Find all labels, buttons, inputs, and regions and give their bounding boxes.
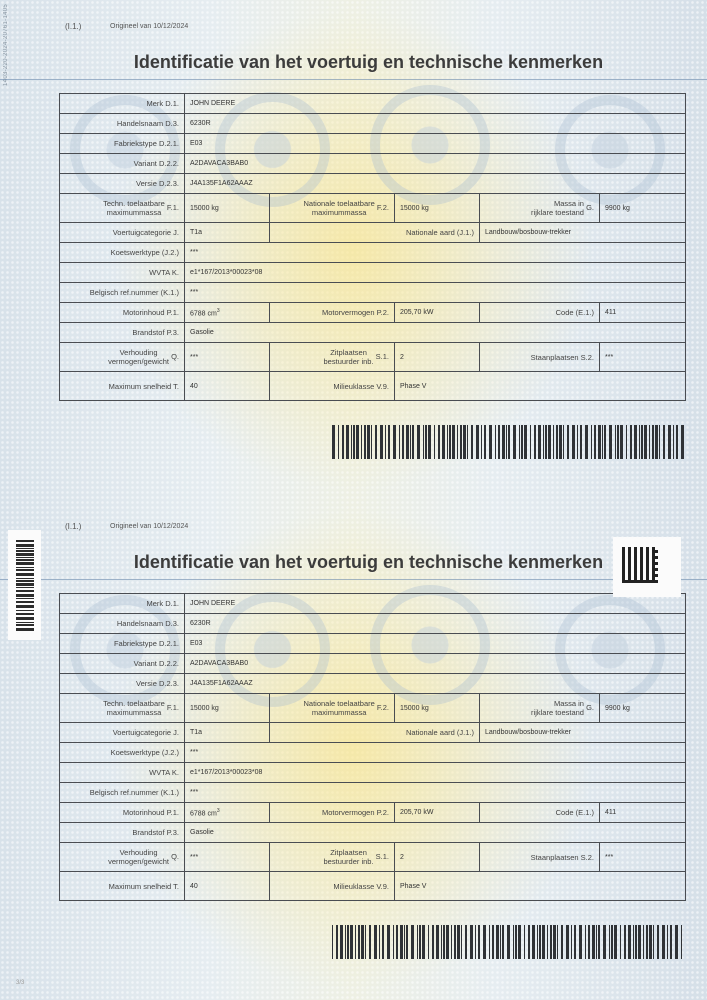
label-koetswerk: Koetswerktype (J.2.) [60, 743, 185, 763]
row-brandstof: Brandstof P.3. Gasolie [60, 323, 686, 343]
label-brandstof: Brandstof P.3. [60, 323, 185, 343]
value-verhouding: *** [185, 343, 270, 372]
label-staanplaatsen: Staanplaatsen S.2. [480, 843, 600, 872]
row-motor: Motorinhoud P.1. 6788 cm3 Motorvermogen … [60, 303, 686, 323]
value-categorie: T1a [185, 223, 270, 243]
value-fabriekstype: E03 [185, 134, 686, 154]
label-snelheid: Maximum snelheid T. [60, 372, 185, 401]
label-nat-massa: Nationale toelaatbaremaximummassa F.2. [270, 194, 395, 223]
value-fabriekstype: E03 [185, 634, 686, 654]
value-brandstof: Gasolie [185, 323, 686, 343]
label-zitplaatsen: Zitplaatsenbestuurder inb. S.1. [270, 843, 395, 872]
value-snelheid: 40 [185, 872, 270, 901]
value-staanplaatsen: *** [600, 843, 686, 872]
barcode [332, 925, 686, 959]
value-variant: A2DAVACA3BAB0 [185, 154, 686, 174]
value-verhouding: *** [185, 843, 270, 872]
value-code-e1: 411 [600, 303, 686, 323]
value-variant: A2DAVACA3BAB0 [185, 654, 686, 674]
value-nat-massa: 15000 kg [395, 194, 480, 223]
vehicle-spec-table: Merk D.1. JOHN DEERE Handelsnaam D.3. 62… [59, 593, 686, 901]
label-koetswerk: Koetswerktype (J.2.) [60, 243, 185, 263]
datamatrix-code [613, 537, 681, 597]
row-verhouding: Verhoudingvermogen/gewicht Q. *** Zitpla… [60, 843, 686, 872]
label-code-e1: Code (E.1.) [480, 303, 600, 323]
document-title: Identificatie van het voertuig en techni… [0, 552, 707, 573]
label-merk: Merk D.1. [60, 594, 185, 614]
value-motorvermogen: 205,70 kW [395, 803, 480, 823]
registration-panel-1: (I.1.) Origineel van 10/12/2024 Identifi… [0, 0, 707, 500]
row-snelheid: Maximum snelheid T. 40 Milieuklasse V.9.… [60, 372, 686, 401]
label-motorinhoud: Motorinhoud P.1. [60, 303, 185, 323]
row-versie: Versie D.2.3. J4A135F1A62AAAZ [60, 174, 686, 194]
label-nat-aard: Nationale aard (J.1.) [270, 223, 480, 243]
row-koetswerk: Koetswerktype (J.2.) *** [60, 243, 686, 263]
label-snelheid: Maximum snelheid T. [60, 872, 185, 901]
label-fabriekstype: Fabriekstype D.2.1. [60, 134, 185, 154]
row-variant: Variant D.2.2. A2DAVACA3BAB0 [60, 654, 686, 674]
value-code-e1: 411 [600, 803, 686, 823]
document-title: Identificatie van het voertuig en techni… [0, 52, 707, 73]
value-milieuklasse: Phase V [395, 872, 686, 901]
row-fabriekstype: Fabriekstype D.2.1. E03 [60, 634, 686, 654]
side-barcode [8, 530, 41, 640]
label-motorvermogen: Motorvermogen P.2. [270, 803, 395, 823]
value-brandstof: Gasolie [185, 823, 686, 843]
row-massa: Techn. toelaatbaremaximummassa F.1. 1500… [60, 694, 686, 723]
value-categorie: T1a [185, 723, 270, 743]
value-merk: JOHN DEERE [185, 94, 686, 114]
value-nat-aard: Landbouw/bosbouw-trekker [480, 223, 686, 243]
row-categorie: Voertuigcategorie J. T1a Nationale aard … [60, 723, 686, 743]
label-categorie: Voertuigcategorie J. [60, 223, 185, 243]
label-fabriekstype: Fabriekstype D.2.1. [60, 634, 185, 654]
label-brandstof: Brandstof P.3. [60, 823, 185, 843]
value-koetswerk: *** [185, 743, 686, 763]
label-verhouding: Verhoudingvermogen/gewicht Q. [60, 843, 185, 872]
original-date: Origineel van 10/12/2024 [110, 523, 188, 530]
value-massa-rijklaar: 9900 kg [600, 194, 686, 223]
label-wvta: WVTA K. [60, 763, 185, 783]
label-verhouding: Verhoudingvermogen/gewicht Q. [60, 343, 185, 372]
row-koetswerk: Koetswerktype (J.2.) *** [60, 743, 686, 763]
row-handelsnaam: Handelsnaam D.3. 6230R [60, 614, 686, 634]
row-versie: Versie D.2.3. J4A135F1A62AAAZ [60, 674, 686, 694]
value-versie: J4A135F1A62AAAZ [185, 174, 686, 194]
row-handelsnaam: Handelsnaam D.3. 6230R [60, 114, 686, 134]
label-wvta: WVTA K. [60, 263, 185, 283]
row-brandstof: Brandstof P.3. Gasolie [60, 823, 686, 843]
label-zitplaatsen: Zitplaatsenbestuurder inb. S.1. [270, 343, 395, 372]
label-ref-nummer: Belgisch ref.nummer (K.1.) [60, 783, 185, 803]
value-snelheid: 40 [185, 372, 270, 401]
row-ref-nummer: Belgisch ref.nummer (K.1.) *** [60, 283, 686, 303]
label-merk: Merk D.1. [60, 94, 185, 114]
value-techn-massa: 15000 kg [185, 194, 270, 223]
row-massa: Techn. toelaatbaremaximummassa F.1. 1500… [60, 194, 686, 223]
label-versie: Versie D.2.3. [60, 174, 185, 194]
value-techn-massa: 15000 kg [185, 694, 270, 723]
label-massa-rijklaar: Massa inrijklare toestand G. [480, 694, 600, 723]
reference-code: (I.1.) [65, 522, 81, 531]
value-motorinhoud: 6788 cm3 [185, 303, 270, 323]
label-nat-massa: Nationale toelaatbaremaximummassa F.2. [270, 694, 395, 723]
row-wvta: WVTA K. e1*167/2013*00023*08 [60, 763, 686, 783]
value-staanplaatsen: *** [600, 343, 686, 372]
row-merk: Merk D.1. JOHN DEERE [60, 94, 686, 114]
label-techn-massa: Techn. toelaatbaremaximummassa F.1. [60, 194, 185, 223]
value-massa-rijklaar: 9900 kg [600, 694, 686, 723]
row-fabriekstype: Fabriekstype D.2.1. E03 [60, 134, 686, 154]
value-zitplaatsen: 2 [395, 343, 480, 372]
value-ref-nummer: *** [185, 783, 686, 803]
label-versie: Versie D.2.3. [60, 674, 185, 694]
value-motorinhoud: 6788 cm3 [185, 803, 270, 823]
label-techn-massa: Techn. toelaatbaremaximummassa F.1. [60, 694, 185, 723]
label-categorie: Voertuigcategorie J. [60, 723, 185, 743]
label-nat-aard: Nationale aard (J.1.) [270, 723, 480, 743]
row-variant: Variant D.2.2. A2DAVACA3BAB0 [60, 154, 686, 174]
value-handelsnaam: 6230R [185, 114, 686, 134]
label-handelsnaam: Handelsnaam D.3. [60, 614, 185, 634]
label-motorinhoud: Motorinhoud P.1. [60, 803, 185, 823]
barcode [332, 425, 686, 459]
value-wvta: e1*167/2013*00023*08 [185, 763, 686, 783]
value-koetswerk: *** [185, 243, 686, 263]
value-wvta: e1*167/2013*00023*08 [185, 263, 686, 283]
value-ref-nummer: *** [185, 283, 686, 303]
row-wvta: WVTA K. e1*167/2013*00023*08 [60, 263, 686, 283]
label-milieuklasse: Milieuklasse V.9. [270, 872, 395, 901]
label-milieuklasse: Milieuklasse V.9. [270, 372, 395, 401]
value-handelsnaam: 6230R [185, 614, 686, 634]
label-massa-rijklaar: Massa inrijklare toestand G. [480, 194, 600, 223]
label-ref-nummer: Belgisch ref.nummer (K.1.) [60, 283, 185, 303]
label-code-e1: Code (E.1.) [480, 803, 600, 823]
reference-code: (I.1.) [65, 22, 81, 31]
registration-panel-2: (I.1.) Origineel van 10/12/2024 Identifi… [0, 500, 707, 1000]
divider-line [0, 73, 707, 80]
row-snelheid: Maximum snelheid T. 40 Milieuklasse V.9.… [60, 872, 686, 901]
row-motor: Motorinhoud P.1. 6788 cm3 Motorvermogen … [60, 803, 686, 823]
value-nat-aard: Landbouw/bosbouw-trekker [480, 723, 686, 743]
value-milieuklasse: Phase V [395, 372, 686, 401]
vehicle-spec-table: Merk D.1. JOHN DEERE Handelsnaam D.3. 62… [59, 93, 686, 401]
value-nat-massa: 15000 kg [395, 694, 480, 723]
row-verhouding: Verhoudingvermogen/gewicht Q. *** Zitpla… [60, 343, 686, 372]
row-merk: Merk D.1. JOHN DEERE [60, 594, 686, 614]
label-motorvermogen: Motorvermogen P.2. [270, 303, 395, 323]
value-merk: JOHN DEERE [185, 594, 686, 614]
page-mark: 3/3 [16, 980, 24, 986]
row-ref-nummer: Belgisch ref.nummer (K.1.) *** [60, 783, 686, 803]
label-handelsnaam: Handelsnaam D.3. [60, 114, 185, 134]
row-categorie: Voertuigcategorie J. T1a Nationale aard … [60, 223, 686, 243]
value-versie: J4A135F1A62AAAZ [185, 674, 686, 694]
value-motorvermogen: 205,70 kW [395, 303, 480, 323]
divider-line [0, 573, 707, 580]
label-variant: Variant D.2.2. [60, 154, 185, 174]
original-date: Origineel van 10/12/2024 [110, 23, 188, 30]
label-variant: Variant D.2.2. [60, 654, 185, 674]
label-staanplaatsen: Staanplaatsen S.2. [480, 343, 600, 372]
value-zitplaatsen: 2 [395, 843, 480, 872]
